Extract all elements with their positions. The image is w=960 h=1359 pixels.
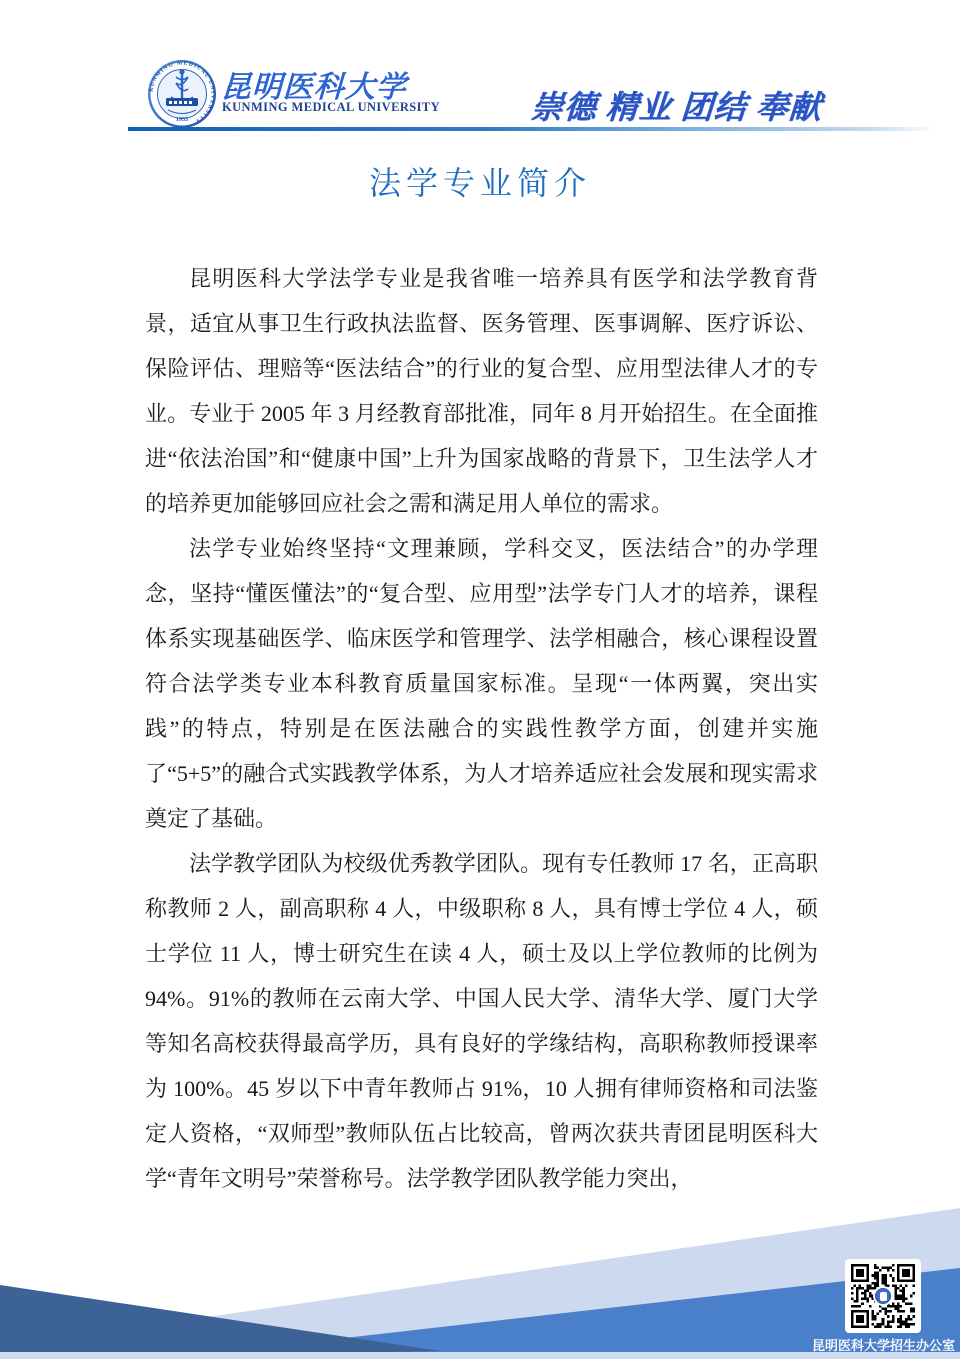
paragraph-faculty: 法学教学团队为校级优秀教学团队。现有专任教师 17 名，正高职称教师 2 人，副… [145,841,818,1201]
qr-code-card [845,1259,921,1333]
header-divider-rule [128,127,935,131]
admissions-office-label: 昆明医科大学招生办公室 [812,1335,947,1354]
qr-code [851,1264,915,1328]
university-motto-calligraphy: 崇德 精业 团结 奉献 [529,82,823,128]
paragraph-philosophy: 法学专业始终坚持“文理兼顾，学科交叉，医法结合”的办学理念，坚持“懂医懂法”的“… [145,526,818,841]
paragraph-overview: 昆明医科大学法学专业是我省唯一培养具有医学和法学教育背景，适宜从事卫生行政执法监… [145,256,818,526]
body-text: 昆明医科大学法学专业是我省唯一培养具有医学和法学教育背景，适宜从事卫生行政执法监… [145,256,818,1201]
seal-year: 1933 [176,117,188,123]
university-seal-logo: KUNMING MEDICAL UNIVERSITY 1933 [147,57,217,131]
page-title: 法学专业简介 [0,158,960,204]
university-name-en: KUNMING MEDICAL UNIVERSITY [222,100,440,115]
qr-center-logo [873,1286,893,1306]
footer-decoration [0,1180,960,1359]
document-page: KUNMING MEDICAL UNIVERSITY 1933 昆明医科大学 K… [0,0,960,1359]
